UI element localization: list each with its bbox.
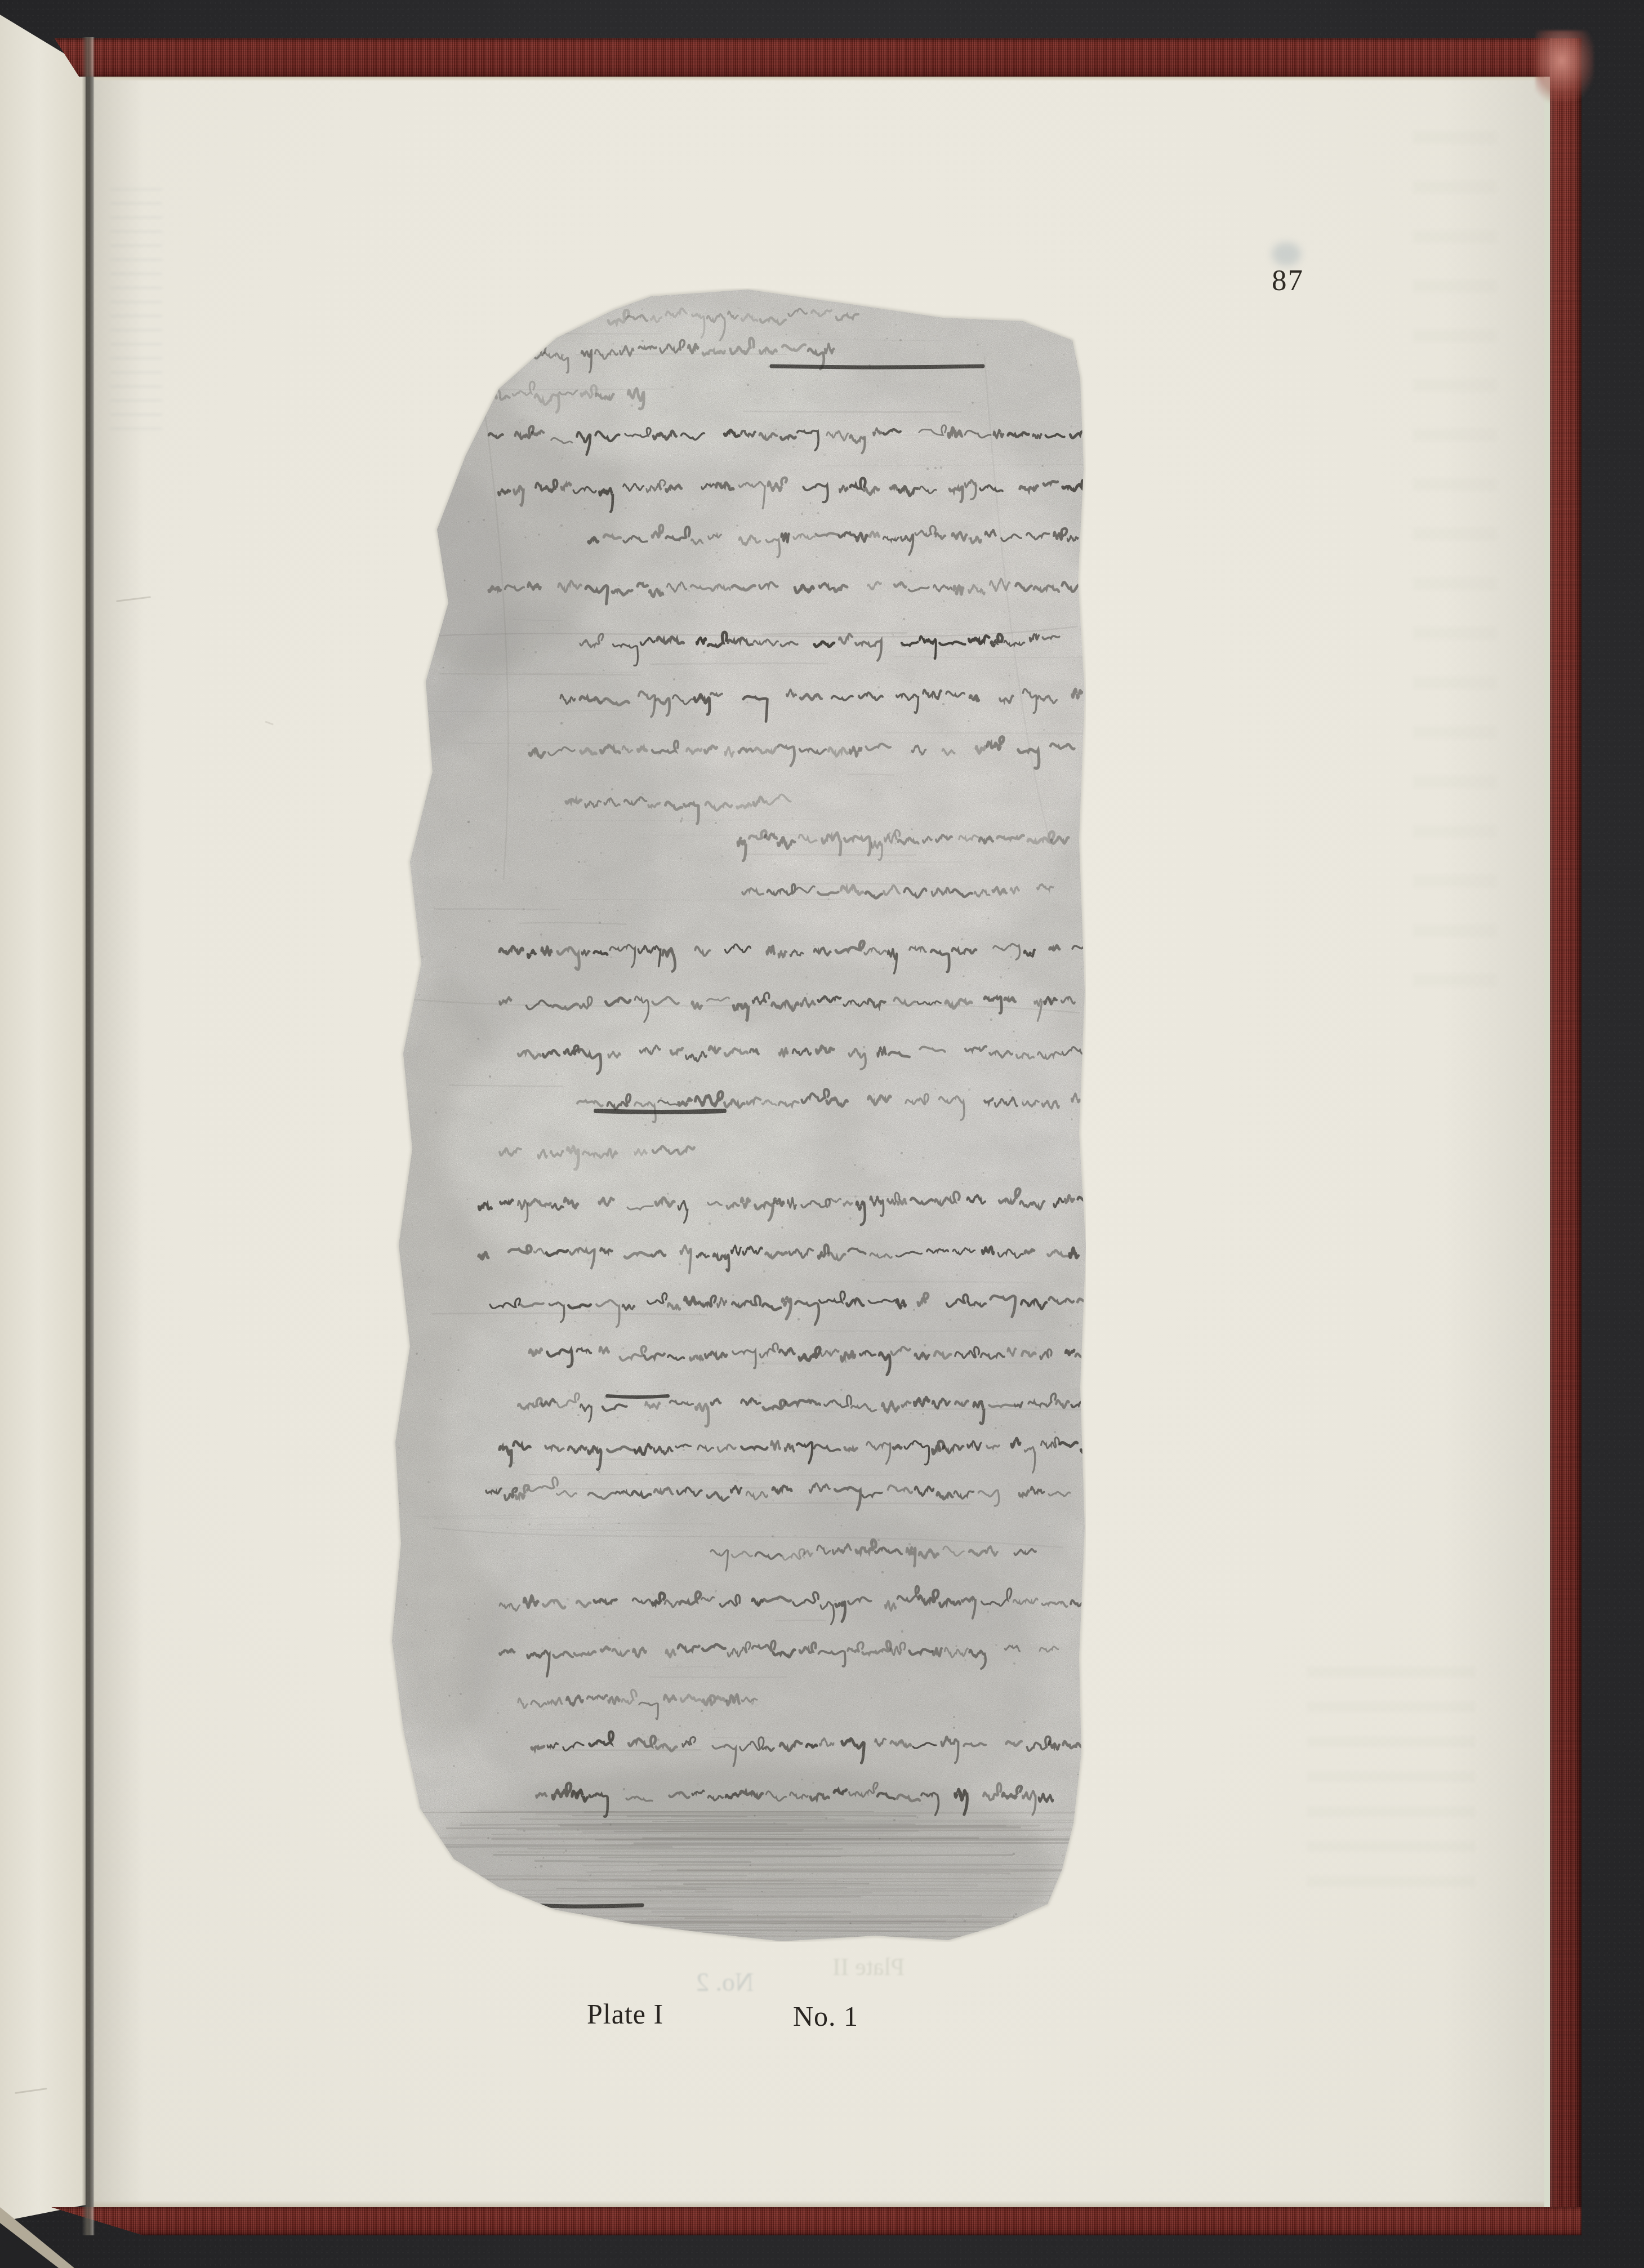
book-cover-bottom-edge: [48, 2207, 1581, 2235]
plate-caption: Plate I: [587, 1998, 663, 2030]
bleedthrough-plate-label: Plate II: [832, 1953, 905, 1981]
book-cover-top-edge: [48, 38, 1581, 77]
bleedthrough-list-left: [110, 188, 162, 436]
item-caption: No. 1: [793, 2000, 858, 2033]
worn-cover-corner: [1535, 30, 1594, 103]
book-cover-right-edge: [1550, 38, 1581, 2235]
papyrus-photo: [387, 288, 1086, 1942]
left-page-stack-edge: [0, 0, 86, 2268]
bleedthrough-column-right: [1413, 131, 1497, 993]
bleedthrough-cluster-bottom-right: [1307, 1666, 1476, 1905]
page-number: 87: [1272, 264, 1304, 297]
bleedthrough-smudge-above-page-number: [1272, 242, 1301, 266]
photographed-book-spread: { "scene": { "kind": "photograph of an o…: [0, 0, 1644, 2268]
bleedthrough-item-label: No. 2: [696, 1967, 754, 1997]
book-gutter-groove: [82, 37, 95, 2235]
